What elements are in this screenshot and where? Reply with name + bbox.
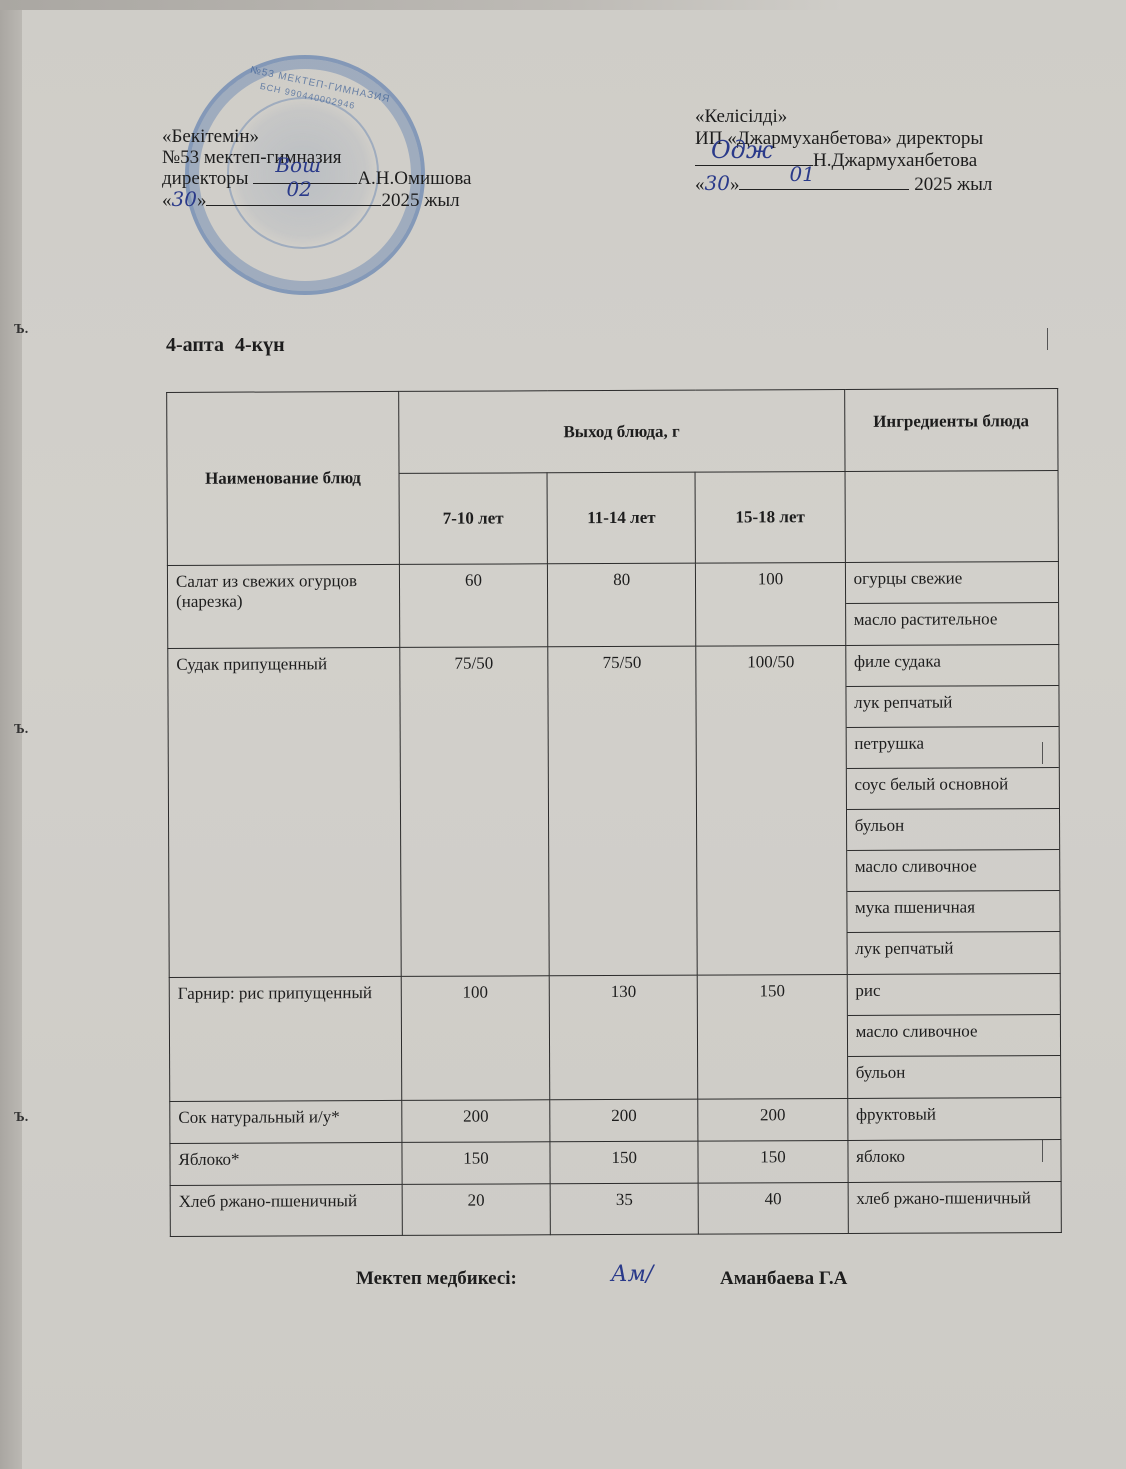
dish-yield-value: 100 — [696, 562, 846, 646]
dish-yield-value: 60 — [399, 564, 548, 648]
dish-yield-value: 150 — [402, 1142, 550, 1185]
dish-name: Яблоко* — [170, 1142, 402, 1185]
ingredient-item: соус белый основной — [846, 768, 1059, 810]
ingredients-cell: фруктовый — [847, 1098, 1061, 1141]
week-day-heading: 4-апта 4-күн — [166, 334, 285, 357]
table-row: Яблоко*150150150яблоко — [170, 1140, 1061, 1186]
approval-date-line: «30» 02 2025 жыл — [162, 189, 471, 211]
agreement-year: 2025 жыл — [914, 174, 992, 195]
agreement-day: 30 — [705, 171, 730, 195]
dish-yield-value: 40 — [698, 1182, 848, 1234]
ingredient-item: бульон — [848, 1056, 1061, 1098]
approval-signature-line: директоры Вош А.Н.Омишова — [162, 168, 471, 189]
dish-yield-value: 150 — [698, 974, 848, 1099]
ingredients-cell: рисмасло сливочноебульон — [847, 974, 1061, 1099]
ingredients-list: фруктовый — [848, 1098, 1061, 1140]
header-age-15-18: 15-18 лет — [695, 472, 845, 563]
week-label: 4-апта — [166, 334, 224, 356]
approval-year: 2025 жыл — [381, 190, 459, 211]
page-top-shadow — [0, 0, 1126, 10]
agreement-block: «Келісілді» ИП «Джармуханбетова» директо… — [695, 106, 992, 196]
agreement-signature: Одж — [711, 139, 773, 161]
table-row: Сок натуральный и/у*200200200фруктовый — [170, 1098, 1061, 1144]
dish-yield-value: 20 — [402, 1184, 550, 1236]
agreement-day-open-quote: « — [695, 174, 705, 195]
margin-tick — [1047, 328, 1048, 350]
header-age-7-10: 7-10 лет — [399, 473, 548, 564]
day-label: 4-күн — [235, 334, 285, 356]
menu-table: Наименование блюд Выход блюда, г Ингреди… — [166, 388, 1062, 1237]
agreement-month-field: 01 — [739, 175, 909, 190]
margin-mark: Ъ. — [14, 1110, 28, 1126]
dish-yield-value: 150 — [550, 1141, 698, 1184]
dish-yield-value: 100/50 — [696, 645, 847, 975]
table-row: Гарнир: рис припущенный100130150рисмасло… — [169, 974, 1061, 1102]
dish-yield-value: 35 — [550, 1183, 698, 1235]
table-row: Хлеб ржано-пшеничный203540хлеб ржано-пше… — [170, 1182, 1061, 1237]
dish-name: Сок натуральный и/у* — [170, 1100, 402, 1143]
dish-name: Гарнир: рис припущенный — [169, 976, 401, 1101]
ingredients-list: огурцы свежиемасло растительное — [846, 562, 1059, 645]
nurse-label: Мектеп медбикесі: — [356, 1268, 517, 1290]
dish-yield-value: 100 — [401, 976, 550, 1101]
approval-day-open-quote: « — [162, 190, 172, 211]
header-ingredients: Ингредиенты блюда — [844, 389, 1058, 472]
dish-yield-value: 75/50 — [400, 647, 550, 977]
table-header-row: Наименование блюд Выход блюда, г Ингреди… — [167, 389, 1058, 475]
ingredient-item: яблоко — [848, 1140, 1061, 1182]
ingredients-cell: хлеб ржано-пшеничный — [848, 1182, 1062, 1234]
dish-yield-value: 130 — [549, 975, 698, 1100]
ingredient-item: рис — [847, 974, 1060, 1016]
ingredients-list: хлеб ржано-пшеничный — [848, 1182, 1061, 1233]
header-dish-name: Наименование блюд — [167, 391, 400, 565]
approval-signature: Вош — [275, 155, 321, 176]
ingredient-item: огурцы свежие — [846, 562, 1059, 604]
dish-yield-value: 80 — [547, 563, 696, 647]
table-row: Судак припущенный75/5075/50100/50филе су… — [168, 645, 1060, 978]
ingredient-item: мука пшеничная — [847, 891, 1060, 933]
ingredients-list: филе судакалук репчатыйпетрушкасоус белы… — [846, 645, 1060, 974]
ingredients-cell: яблоко — [848, 1140, 1062, 1183]
dish-yield-value: 75/50 — [548, 646, 698, 976]
ingredient-item: лук репчатый — [847, 932, 1060, 974]
nurse-signature: Ам/ — [611, 1262, 653, 1287]
ingredient-item: бульон — [847, 809, 1060, 851]
table-row: Салат из свежих огурцов (нарезка)6080100… — [167, 562, 1058, 649]
agreement-signature-line: Одж Н.Джармуханбетова — [695, 150, 992, 172]
header-yield: Выход блюда, г — [399, 389, 845, 473]
table-body: Салат из свежих огурцов (нарезка)6080100… — [167, 562, 1061, 1237]
margin-mark: Ъ. — [14, 722, 28, 738]
ingredient-item: масло сливочное — [847, 1015, 1060, 1057]
dish-yield-value: 200 — [550, 1099, 698, 1142]
dish-name: Хлеб ржано-пшеничный — [170, 1184, 402, 1236]
ingredient-item: масло растительное — [846, 603, 1059, 645]
approval-name: А.Н.Омишова — [357, 168, 471, 189]
ingredient-item: филе судака — [846, 645, 1059, 687]
approval-title: «Бекітемін» — [162, 126, 471, 147]
approval-day: 30 — [172, 187, 197, 211]
agreement-day-close-quote: » — [730, 174, 740, 195]
margin-mark: Ъ. — [14, 322, 28, 338]
ingredient-item: лук репчатый — [846, 686, 1059, 728]
dish-yield-value: 200 — [402, 1100, 550, 1143]
agreement-date-line: «30» 01 2025 жыл — [695, 172, 992, 196]
approval-month-field: 02 — [206, 191, 381, 206]
ingredients-cell: огурцы свежиемасло растительное — [845, 562, 1059, 646]
ingredients-cell: филе судакалук репчатыйпетрушкасоус белы… — [845, 645, 1060, 975]
approval-block: «Бекітемін» №53 мектеп-гимназия директор… — [162, 126, 471, 211]
dish-name: Судак припущенный — [168, 647, 401, 977]
agreement-title: «Келісілді» — [695, 106, 992, 128]
ingredient-item: хлеб ржано-пшеничный — [848, 1182, 1061, 1233]
ingredients-list: рисмасло сливочноебульон — [847, 974, 1060, 1098]
nurse-name: Аманбаева Г.А — [720, 1268, 847, 1290]
ingredient-item: масло сливочное — [847, 850, 1060, 892]
approval-position: директоры — [162, 168, 249, 189]
approval-month: 02 — [286, 179, 311, 200]
header-age-11-14: 11-14 лет — [547, 473, 696, 564]
agreement-name: Н.Джармуханбетова — [813, 150, 977, 171]
header-ingredients-empty — [845, 471, 1059, 563]
approval-day-close-quote: » — [197, 190, 207, 211]
dish-name: Салат из свежих огурцов (нарезка) — [167, 564, 399, 648]
ingredients-list: яблоко — [848, 1140, 1061, 1182]
dish-yield-value: 150 — [698, 1140, 847, 1183]
dish-yield-value: 200 — [698, 1098, 847, 1141]
agreement-month: 01 — [789, 163, 814, 185]
ingredient-item: фруктовый — [848, 1098, 1061, 1140]
ingredient-item: петрушка — [846, 727, 1059, 769]
